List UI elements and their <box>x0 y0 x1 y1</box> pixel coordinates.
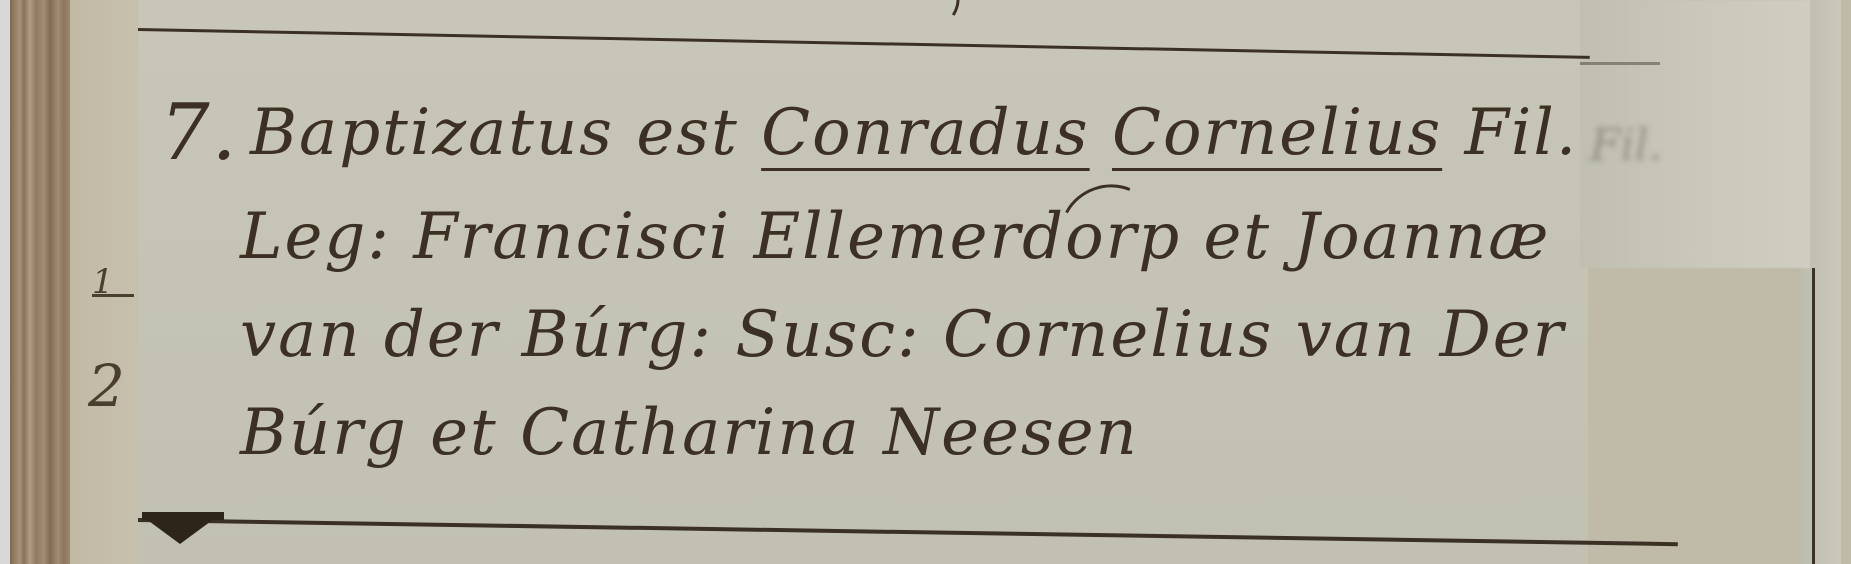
text-baptizatus-est: Baptizatus est <box>250 96 761 170</box>
right-ruled-line <box>1812 268 1815 564</box>
entry-line-2: Leg: Francisci Ellemerdorp et Joannæ <box>240 200 1550 274</box>
entry-line-1: Baptizatus est Conradus Cornelius Fil. <box>250 96 1578 170</box>
margin-mark-2: 2 <box>88 352 125 420</box>
margin-mark-dash <box>92 294 134 297</box>
entry-line-4: Búrg et Catharina Neesen <box>240 396 1139 470</box>
name-conradus: Conradus <box>761 96 1090 170</box>
blurred-ghost-text: Fil. <box>1590 120 1663 171</box>
name-cornelius: Cornelius <box>1112 96 1442 170</box>
text-fil: Fil. <box>1442 96 1578 170</box>
book-spine <box>10 0 70 564</box>
viewer-edge <box>0 0 10 564</box>
writing-area <box>138 0 1588 564</box>
entry-line-3: van der Búrg: Susc: Cornelius van Der <box>240 298 1565 372</box>
space <box>1090 96 1112 170</box>
bottom-rule-wedge <box>142 516 218 544</box>
top-ruled-line-ghost <box>1580 62 1660 65</box>
entry-number: 7. <box>160 88 238 178</box>
